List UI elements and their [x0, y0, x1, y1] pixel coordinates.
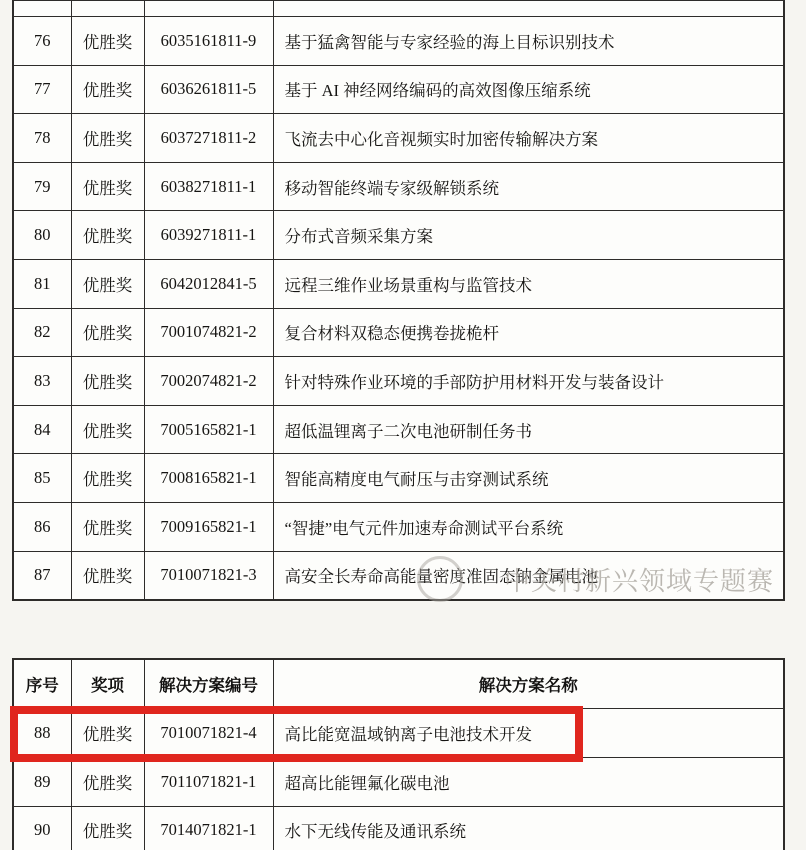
cell-name: 基于 AI 神经网络编码的高效图像压缩系统: [273, 65, 784, 114]
cell-serial: 82: [13, 308, 71, 357]
cell-code: 7014071821-1: [144, 806, 273, 850]
table-row: 80 优胜奖 6039271811-1 分布式音频采集方案: [13, 211, 784, 260]
cell-name: [273, 1, 784, 17]
cell-code: 7002074821-2: [144, 357, 273, 406]
cell-name: 针对特殊作业环境的手部防护用材料开发与装备设计: [273, 357, 784, 406]
cell-award: 优胜奖: [71, 708, 144, 757]
cell-name: 飞流去中心化音视频实时加密传输解决方案: [273, 114, 784, 163]
table-row: 85 优胜奖 7008165821-1 智能高精度电气耐压与击穿测试系统: [13, 454, 784, 503]
cell-serial: 90: [13, 806, 71, 850]
cell-code: 6035161811-9: [144, 17, 273, 66]
cell-code: 6037271811-2: [144, 114, 273, 163]
cell-code: 6039271811-1: [144, 211, 273, 260]
table-row: 86 优胜奖 7009165821-1 “智捷”电气元件加速寿命测试平台系统: [13, 502, 784, 551]
cell-award: 优胜奖: [71, 757, 144, 806]
table-row-partial: [13, 1, 784, 17]
cell-name: 智能高精度电气耐压与击穿测试系统: [273, 454, 784, 503]
cell-code: 6036261811-5: [144, 65, 273, 114]
header-award: 奖项: [71, 659, 144, 708]
cell-serial: 77: [13, 65, 71, 114]
cell-award: 优胜奖: [71, 454, 144, 503]
document-page: 76 优胜奖 6035161811-9 基于猛禽智能与专家经验的海上目标识别技术…: [0, 0, 806, 850]
cell-serial: 80: [13, 211, 71, 260]
cell-award: 优胜奖: [71, 308, 144, 357]
cell-serial: 87: [13, 551, 71, 600]
table-row: 84 优胜奖 7005165821-1 超低温锂离子二次电池研制任务书: [13, 405, 784, 454]
cell-name: 超低温锂离子二次电池研制任务书: [273, 405, 784, 454]
cell-serial: 84: [13, 405, 71, 454]
header-name: 解决方案名称: [273, 659, 784, 708]
header-code: 解决方案编号: [144, 659, 273, 708]
cell-serial: 88: [13, 708, 71, 757]
cell-serial: 81: [13, 259, 71, 308]
award-table-upper: 76 优胜奖 6035161811-9 基于猛禽智能与专家经验的海上目标识别技术…: [12, 0, 785, 601]
cell-name: 远程三维作业场景重构与监管技术: [273, 259, 784, 308]
table-row: 89 优胜奖 7011071821-1 超高比能锂氟化碳电池: [13, 757, 784, 806]
header-serial: 序号: [13, 659, 71, 708]
cell-award: 优胜奖: [71, 806, 144, 850]
cell-name: 移动智能终端专家级解锁系统: [273, 162, 784, 211]
cell-name: 高安全长寿命高能量密度准固态钠金属电池: [273, 551, 784, 600]
cell-name: 高比能宽温域钠离子电池技术开发: [273, 708, 784, 757]
cell-name: “智捷”电气元件加速寿命测试平台系统: [273, 502, 784, 551]
cell-name: 水下无线传能及通讯系统: [273, 806, 784, 850]
cell-award: 优胜奖: [71, 259, 144, 308]
table-row: 78 优胜奖 6037271811-2 飞流去中心化音视频实时加密传输解决方案: [13, 114, 784, 163]
table-row: 87 优胜奖 7010071821-3 高安全长寿命高能量密度准固态钠金属电池: [13, 551, 784, 600]
cell-serial: [13, 1, 71, 17]
table-row: 77 优胜奖 6036261811-5 基于 AI 神经网络编码的高效图像压缩系…: [13, 65, 784, 114]
cell-serial: 78: [13, 114, 71, 163]
cell-serial: 79: [13, 162, 71, 211]
cell-serial: 89: [13, 757, 71, 806]
cell-code: 7010071821-4: [144, 708, 273, 757]
cell-serial: 86: [13, 502, 71, 551]
cell-name: 分布式音频采集方案: [273, 211, 784, 260]
table-row-highlighted: 88 优胜奖 7010071821-4 高比能宽温域钠离子电池技术开发: [13, 708, 784, 757]
cell-award: 优胜奖: [71, 551, 144, 600]
table-row: 76 优胜奖 6035161811-9 基于猛禽智能与专家经验的海上目标识别技术: [13, 17, 784, 66]
cell-code: 7001074821-2: [144, 308, 273, 357]
table-row: 82 优胜奖 7001074821-2 复合材料双稳态便携卷拢桅杆: [13, 308, 784, 357]
cell-award: [71, 1, 144, 17]
cell-award: 优胜奖: [71, 502, 144, 551]
table-row: 79 优胜奖 6038271811-1 移动智能终端专家级解锁系统: [13, 162, 784, 211]
table-row: 83 优胜奖 7002074821-2 针对特殊作业环境的手部防护用材料开发与装…: [13, 357, 784, 406]
table-header-row: 序号 奖项 解决方案编号 解决方案名称: [13, 659, 784, 708]
cell-serial: 76: [13, 17, 71, 66]
cell-award: 优胜奖: [71, 17, 144, 66]
cell-code: 7011071821-1: [144, 757, 273, 806]
table-row: 90 优胜奖 7014071821-1 水下无线传能及通讯系统: [13, 806, 784, 850]
cell-code: [144, 1, 273, 17]
cell-name: 超高比能锂氟化碳电池: [273, 757, 784, 806]
cell-code: 7008165821-1: [144, 454, 273, 503]
cell-award: 优胜奖: [71, 65, 144, 114]
cell-award: 优胜奖: [71, 357, 144, 406]
cell-code: 6038271811-1: [144, 162, 273, 211]
cell-serial: 83: [13, 357, 71, 406]
cell-award: 优胜奖: [71, 405, 144, 454]
cell-code: 7009165821-1: [144, 502, 273, 551]
table-row: 81 优胜奖 6042012841-5 远程三维作业场景重构与监管技术: [13, 259, 784, 308]
cell-serial: 85: [13, 454, 71, 503]
award-table-lower: 序号 奖项 解决方案编号 解决方案名称 88 优胜奖 7010071821-4 …: [12, 658, 785, 850]
cell-name: 复合材料双稳态便携卷拢桅杆: [273, 308, 784, 357]
cell-code: 6042012841-5: [144, 259, 273, 308]
cell-code: 7005165821-1: [144, 405, 273, 454]
cell-code: 7010071821-3: [144, 551, 273, 600]
cell-award: 优胜奖: [71, 211, 144, 260]
cell-award: 优胜奖: [71, 162, 144, 211]
cell-name: 基于猛禽智能与专家经验的海上目标识别技术: [273, 17, 784, 66]
cell-award: 优胜奖: [71, 114, 144, 163]
